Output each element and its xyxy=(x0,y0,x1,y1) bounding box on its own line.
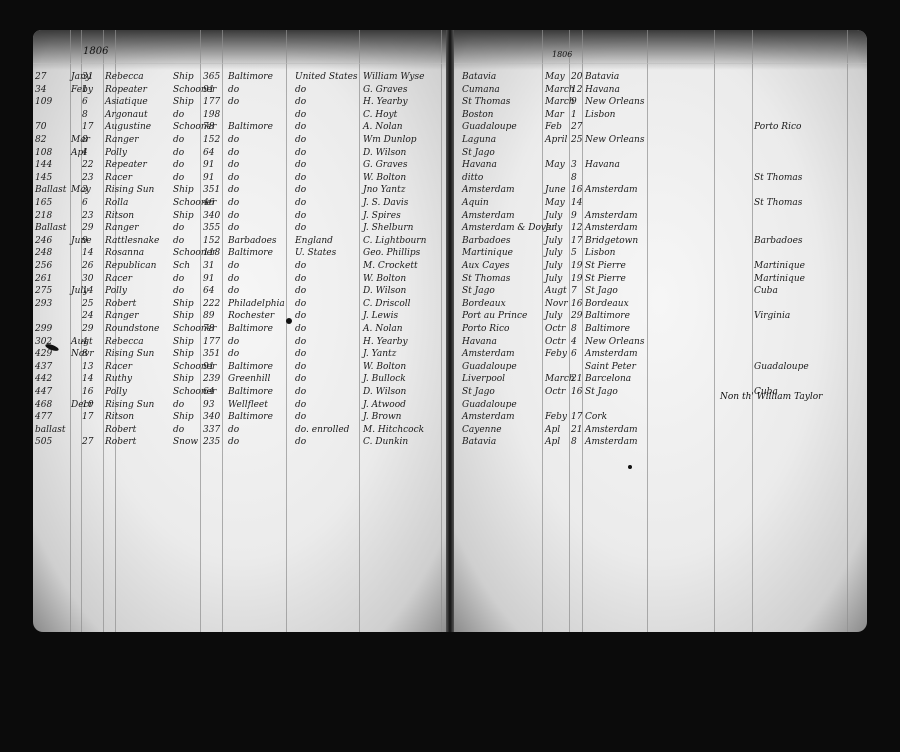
cell-note: Martinique xyxy=(754,261,805,271)
cell-tons: 31 xyxy=(203,261,214,271)
cell-to: Amsterdam xyxy=(585,425,638,435)
cell-vessel: Ranger xyxy=(105,223,139,233)
cell-vessel: Robert xyxy=(105,299,136,309)
cell-no: 82 xyxy=(35,135,46,145)
cell-day: 8 xyxy=(82,349,88,359)
cell-built: do xyxy=(295,185,306,195)
cell-port: do xyxy=(228,337,239,347)
cell-built: do xyxy=(295,412,306,422)
cell-day: 21 xyxy=(571,374,582,384)
cell-day: 8 xyxy=(571,437,577,447)
cell-day: 31 xyxy=(82,72,93,82)
cell-to: Cork xyxy=(585,412,607,422)
cell-built: do xyxy=(295,261,306,271)
cell-to: Lisbon xyxy=(585,110,615,120)
cell-tons: 78 xyxy=(203,122,214,132)
cell-master: A. Nolan xyxy=(363,324,403,334)
cell-built: do xyxy=(295,97,306,107)
cell-tons: 177 xyxy=(203,97,220,107)
ledger-row: 43713RacerSchooner91BaltimoredoW. Bolton xyxy=(33,362,450,373)
cell-built: do xyxy=(295,110,306,120)
cell-port: do xyxy=(228,349,239,359)
cell-port: do xyxy=(228,437,239,447)
cell-day: 17 xyxy=(82,122,93,132)
cell-note: St Thomas xyxy=(754,173,802,183)
cell-tons: 91 xyxy=(203,85,214,95)
cell-month: Octr xyxy=(545,324,565,334)
cell-built: do xyxy=(295,437,306,447)
signature: Non th' William Taylor xyxy=(720,392,822,402)
cell-vessel: Polly xyxy=(105,286,127,296)
cell-from: Aux Cayes xyxy=(462,261,510,271)
cell-rig: Ship xyxy=(173,97,194,107)
cell-port: do xyxy=(228,198,239,208)
cell-vessel: Rising Sun xyxy=(105,400,154,410)
ledger-row: 275July14Pollydo64dodoD. Wilson xyxy=(33,286,450,297)
cell-port: do xyxy=(228,97,239,107)
cell-no: 27 xyxy=(35,72,46,82)
ledger-row: BarbadoesJuly17BridgetownBarbadoes xyxy=(452,236,867,247)
cell-day: 14 xyxy=(82,286,93,296)
cell-no: 256 xyxy=(35,261,52,271)
cell-vessel: Rolla xyxy=(105,198,128,208)
cell-day: 16 xyxy=(571,299,582,309)
cell-vessel: Ruthy xyxy=(105,374,132,384)
cell-no: 165 xyxy=(35,198,52,208)
cell-rig: Ship xyxy=(173,374,194,384)
cell-from: Guadaloupe xyxy=(462,362,517,372)
cell-day: 27 xyxy=(82,437,93,447)
cell-day: 16 xyxy=(82,387,93,397)
cell-port: Baltimore xyxy=(228,324,273,334)
cell-built: do xyxy=(295,160,306,170)
cell-day: 19 xyxy=(571,261,582,271)
cell-day: 23 xyxy=(82,211,93,221)
cell-no: 299 xyxy=(35,324,52,334)
cell-tons: 337 xyxy=(203,425,220,435)
ledger-row: 29325RobertShip222PhiladelphiadoC. Drisc… xyxy=(33,299,450,310)
cell-day: 19 xyxy=(571,274,582,284)
cell-tons: 355 xyxy=(203,223,220,233)
cell-from: Barbadoes xyxy=(462,236,511,246)
ledger-row: ditto8St Thomas xyxy=(452,173,867,184)
cell-port: do xyxy=(228,148,239,158)
cell-built: England xyxy=(295,236,333,246)
cell-port: Philadelphia xyxy=(228,299,285,309)
cell-rig: Sch xyxy=(173,261,190,271)
cell-vessel: Roundstone xyxy=(105,324,159,334)
cell-from: Port au Prince xyxy=(462,311,527,321)
cell-rig: Ship xyxy=(173,211,194,221)
cell-to: New Orleans xyxy=(585,135,644,145)
cell-tons: 365 xyxy=(203,72,220,82)
cell-vessel: Rising Sun xyxy=(105,185,154,195)
cell-month: July xyxy=(545,236,562,246)
cell-master: J. Lewis xyxy=(363,311,398,321)
ledger-row: 26130Racerdo91dodoW. Bolton xyxy=(33,274,450,285)
cell-rig: do xyxy=(173,286,184,296)
cell-day: 29 xyxy=(82,324,93,334)
cell-day: 13 xyxy=(82,362,93,372)
cell-port: Baltimore xyxy=(228,412,273,422)
cell-no: Ballast xyxy=(35,185,66,195)
cell-master: D. Wilson xyxy=(363,148,406,158)
cell-built: do xyxy=(295,299,306,309)
ledger-row: St JagoAugt7St JagoCuba xyxy=(452,286,867,297)
cell-month: Augt xyxy=(545,286,567,296)
cell-tons: 64 xyxy=(203,286,214,296)
scan-shadow xyxy=(452,30,867,70)
cell-tons: 91 xyxy=(203,274,214,284)
ledger-row: 7017AugustineSchooner78BaltimoredoA. Nol… xyxy=(33,122,450,133)
cell-built: do xyxy=(295,337,306,347)
ledger-row: AmsterdamJuly9Amsterdam xyxy=(452,211,867,222)
cell-built: do. enrolled xyxy=(295,425,349,435)
cell-built: do xyxy=(295,286,306,296)
cell-day: 4 xyxy=(82,148,88,158)
cell-port: Rochester xyxy=(228,311,274,321)
header-rule xyxy=(33,63,450,64)
cell-to: Amsterdam xyxy=(585,437,638,447)
ledger-row: HavanaOctr4New Orleans xyxy=(452,337,867,348)
cell-month: Octr xyxy=(545,337,565,347)
cell-port: Barbadoes xyxy=(228,236,277,246)
cell-built: do xyxy=(295,148,306,158)
cell-vessel: Ropeater xyxy=(105,85,147,95)
cell-note: Cuba xyxy=(754,286,778,296)
cell-rig: Ship xyxy=(173,349,194,359)
cell-built: do xyxy=(295,173,306,183)
ledger-row: Aux CayesJuly19St PierreMartinique xyxy=(452,261,867,272)
cell-tons: 64 xyxy=(203,148,214,158)
cell-vessel: Robert xyxy=(105,425,136,435)
cell-to: St Pierre xyxy=(585,261,626,271)
cell-note: St Thomas xyxy=(754,198,802,208)
cell-day: 6 xyxy=(82,97,88,107)
cell-tons: 152 xyxy=(203,236,220,246)
cell-day: 3 xyxy=(571,160,577,170)
cell-note: Barbadoes xyxy=(754,236,803,246)
ledger-row: 1656RollaSchooner46dodoJ. S. Davis xyxy=(33,198,450,209)
cell-vessel: Rebecca xyxy=(105,337,144,347)
cell-day: 27 xyxy=(571,122,582,132)
cell-built: do xyxy=(295,324,306,334)
cell-day: 1 xyxy=(571,110,577,120)
cell-master: G. Graves xyxy=(363,85,407,95)
cell-day: 16 xyxy=(571,387,582,397)
cell-master: J. S. Davis xyxy=(363,198,408,208)
cell-rig: Ship xyxy=(173,311,194,321)
cell-port: do xyxy=(228,185,239,195)
cell-port: Baltimore xyxy=(228,387,273,397)
cell-master: G. Graves xyxy=(363,160,407,170)
cell-to: Barcelona xyxy=(585,374,631,384)
cell-vessel: Ritson xyxy=(105,412,134,422)
ledger-row: 302Augt4RebeccaShip177dodoH. Yearby xyxy=(33,337,450,348)
cell-tons: 46 xyxy=(203,198,214,208)
cell-rig: do xyxy=(173,236,184,246)
cell-built: do xyxy=(295,374,306,384)
cell-day: 12 xyxy=(571,223,582,233)
cell-to: Havana xyxy=(585,160,620,170)
cell-note: Virginia xyxy=(754,311,790,321)
cell-tons: 340 xyxy=(203,412,220,422)
cell-built: United States xyxy=(295,72,358,82)
cell-day: 22 xyxy=(82,160,93,170)
cell-no: 109 xyxy=(35,97,52,107)
cell-vessel: Ritson xyxy=(105,211,134,221)
cell-built: do xyxy=(295,198,306,208)
cell-day: 6 xyxy=(571,349,577,359)
cell-month: Mar xyxy=(545,110,564,120)
cell-master: Jno Yantz xyxy=(363,185,405,195)
cell-master: W. Bolton xyxy=(363,274,406,284)
ledger-row: BallastMay3Rising SunShip351dodoJno Yant… xyxy=(33,185,450,196)
ledger-row: 44214RuthyShip239GreenhilldoJ. Bullock xyxy=(33,374,450,385)
cell-no: 144 xyxy=(35,160,52,170)
cell-month: May xyxy=(545,198,565,208)
cell-rig: Ship xyxy=(173,412,194,422)
cell-no: 246 xyxy=(35,236,52,246)
cell-to: Lisbon xyxy=(585,248,615,258)
cell-day: 8 xyxy=(82,110,88,120)
cell-day: 5 xyxy=(571,248,577,258)
cell-port: do xyxy=(228,85,239,95)
cell-note: Martinique xyxy=(754,274,805,284)
cell-from: Amsterdam xyxy=(462,412,515,422)
ledger-row: 50527RobertSnow235dodoC. Dunkin xyxy=(33,437,450,448)
cell-to: Amsterdam xyxy=(585,223,638,233)
cell-vessel: Robert xyxy=(105,437,136,447)
cell-vessel: Polly xyxy=(105,387,127,397)
ledger-row: 21823RitsonShip340dodoJ. Spires xyxy=(33,211,450,222)
cell-rig: Snow xyxy=(173,437,198,447)
cell-day: 23 xyxy=(82,173,93,183)
cell-day: 16 xyxy=(571,185,582,195)
cell-no: ballast xyxy=(35,425,66,435)
ledger-row: 246June9Rattlesnakedo152BarbadoesEngland… xyxy=(33,236,450,247)
cell-rig: Ship xyxy=(173,299,194,309)
cell-no: Ballast xyxy=(35,223,66,233)
cell-master: C. Driscoll xyxy=(363,299,411,309)
ledger-row: Porto RicoOctr8Baltimore xyxy=(452,324,867,335)
cell-no: 447 xyxy=(35,387,52,397)
cell-day: 26 xyxy=(82,261,93,271)
cell-to: Havana xyxy=(585,85,620,95)
cell-no: 261 xyxy=(35,274,52,284)
cell-port: do xyxy=(228,135,239,145)
cell-day: 9 xyxy=(571,97,577,107)
cell-vessel: Racer xyxy=(105,274,132,284)
cell-month: Feby xyxy=(545,412,567,422)
cell-tons: 235 xyxy=(203,437,220,447)
cell-day: 7 xyxy=(571,286,577,296)
cell-no: 293 xyxy=(35,299,52,309)
ledger-row: St Jago xyxy=(452,148,867,159)
cell-rig: do xyxy=(173,274,184,284)
cell-month: July xyxy=(545,248,562,258)
cell-tons: 351 xyxy=(203,349,220,359)
ledger-row: 429Novr8Rising SunShip351dodoJ. Yantz xyxy=(33,349,450,360)
cell-day: 4 xyxy=(571,337,577,347)
cell-master: W. Bolton xyxy=(363,362,406,372)
cell-day: 14 xyxy=(82,374,93,384)
cell-tons: 198 xyxy=(203,110,220,120)
book-binding xyxy=(446,30,454,632)
header-rule xyxy=(452,63,867,64)
cell-day: 29 xyxy=(571,311,582,321)
ledger-row: 34Feby1RopeaterSchooner91dodoG. Graves xyxy=(33,85,450,96)
ledger-row: BordeauxNovr16Bordeaux xyxy=(452,299,867,310)
cell-note: Guadaloupe xyxy=(754,362,809,372)
cell-master: W. Bolton xyxy=(363,173,406,183)
ledger-row: 24814RosannaSchooner118BaltimoreU. State… xyxy=(33,248,450,259)
cell-month: Novr xyxy=(545,299,568,309)
cell-tons: 118 xyxy=(203,248,220,258)
cell-day: 14 xyxy=(82,248,93,258)
cell-no: 145 xyxy=(35,173,52,183)
cell-month: June xyxy=(545,185,566,195)
cell-month: July xyxy=(545,211,562,221)
cell-from: Liverpool xyxy=(462,374,505,384)
ledger-row: 468Decr10Rising Sundo93WellfleetdoJ. Atw… xyxy=(33,400,450,411)
cell-vessel: Republican xyxy=(105,261,156,271)
cell-to: Bridgetown xyxy=(585,236,638,246)
year-heading: 1806 xyxy=(552,50,572,59)
cell-port: do xyxy=(228,223,239,233)
cell-tons: 89 xyxy=(203,311,214,321)
ledger-left-page: 1806 27Jany31RebeccaShip365BaltimoreUnit… xyxy=(33,30,450,632)
cell-from: St Thomas xyxy=(462,274,510,284)
ledger-row: 14523Racerdo91dodoW. Bolton xyxy=(33,173,450,184)
cell-rig: do xyxy=(173,400,184,410)
cell-tons: 78 xyxy=(203,324,214,334)
cell-rig: Ship xyxy=(173,337,194,347)
cell-to: Baltimore xyxy=(585,311,630,321)
cell-from: Havana xyxy=(462,337,497,347)
cell-from: Amsterdam xyxy=(462,349,515,359)
cell-day: 8 xyxy=(571,173,577,183)
ledger-row: GuadaloupeSaint PeterGuadaloupe xyxy=(452,362,867,373)
ledger-row: MartiniqueJuly5Lisbon xyxy=(452,248,867,259)
cell-month: Apl xyxy=(545,425,560,435)
ledger-row: 82Mar8Rangerdo152dodoWm Dunlop xyxy=(33,135,450,146)
cell-rig: do xyxy=(173,135,184,145)
ledger-row: 25626RepublicanSch31dodoM. Crockett xyxy=(33,261,450,272)
cell-from: Bordeaux xyxy=(462,299,506,309)
cell-master: William Wyse xyxy=(363,72,424,82)
cell-rig: do xyxy=(173,173,184,183)
cell-rig: Ship xyxy=(173,185,194,195)
cell-built: do xyxy=(295,349,306,359)
cell-from: Laguna xyxy=(462,135,496,145)
cell-from: Boston xyxy=(462,110,493,120)
cell-from: Aquin xyxy=(462,198,489,208)
cell-month: April xyxy=(545,135,567,145)
cell-rig: do xyxy=(173,148,184,158)
ledger-row: AmsterdamJune16Amsterdam xyxy=(452,185,867,196)
cell-to: Amsterdam xyxy=(585,211,638,221)
cell-port: Baltimore xyxy=(228,72,273,82)
cell-master: C. Lightbourn xyxy=(363,236,426,246)
cell-day: 12 xyxy=(571,85,582,95)
cell-master: M. Hitchcock xyxy=(363,425,424,435)
ledger-row: BostonMar1Lisbon xyxy=(452,110,867,121)
cell-from: Batavia xyxy=(462,72,496,82)
cell-built: do xyxy=(295,211,306,221)
cell-month: July xyxy=(545,261,562,271)
ledger-row: St ThomasMarch9New Orleans xyxy=(452,97,867,108)
ledger-row: AquinMay14St Thomas xyxy=(452,198,867,209)
cell-month: Feb xyxy=(545,122,562,132)
ledger-row: Ballast29Rangerdo355dodoJ. Shelburn xyxy=(33,223,450,234)
cell-vessel: Repeater xyxy=(105,160,147,170)
cell-from: Cumana xyxy=(462,85,500,95)
cell-built: do xyxy=(295,274,306,284)
cell-to: Baltimore xyxy=(585,324,630,334)
cell-port: do xyxy=(228,286,239,296)
cell-port: Baltimore xyxy=(228,362,273,372)
cell-day: 4 xyxy=(82,337,88,347)
cell-to: St Pierre xyxy=(585,274,626,284)
cell-master: A. Nolan xyxy=(363,122,403,132)
cell-port: do xyxy=(228,274,239,284)
ink-spot xyxy=(628,465,632,469)
cell-from: St Jago xyxy=(462,148,495,158)
cell-no: 429 xyxy=(35,349,52,359)
cell-day: 25 xyxy=(82,299,93,309)
cell-vessel: Rising Sun xyxy=(105,349,154,359)
cell-to: Amsterdam xyxy=(585,185,638,195)
cell-built: do xyxy=(295,85,306,95)
cell-month: Apl xyxy=(545,437,560,447)
cell-to: St Jago xyxy=(585,387,618,397)
cell-no: 108 xyxy=(35,148,52,158)
cell-from: Porto Rico xyxy=(462,324,509,334)
cell-rig: do xyxy=(173,160,184,170)
ledger-row: GuadaloupeFeb27Porto Rico xyxy=(452,122,867,133)
cell-from: Cayenne xyxy=(462,425,502,435)
cell-no: 468 xyxy=(35,400,52,410)
cell-vessel: Ranger xyxy=(105,135,139,145)
cell-built: U. States xyxy=(295,248,336,258)
cell-day: 17 xyxy=(571,412,582,422)
cell-to: New Orleans xyxy=(585,337,644,347)
cell-rig: Ship xyxy=(173,72,194,82)
cell-port: Baltimore xyxy=(228,122,273,132)
cell-master: J. Atwood xyxy=(363,400,406,410)
cell-month: May xyxy=(545,160,565,170)
cell-tons: 177 xyxy=(203,337,220,347)
cell-built: do xyxy=(295,311,306,321)
cell-port: Baltimore xyxy=(228,248,273,258)
cell-from: Martinique xyxy=(462,248,513,258)
cell-day: 3 xyxy=(82,185,88,195)
cell-from: Guadaloupe xyxy=(462,122,517,132)
cell-port: Wellfleet xyxy=(228,400,268,410)
cell-vessel: Argonaut xyxy=(105,110,148,120)
cell-from: Amsterdam xyxy=(462,185,515,195)
cell-port: do xyxy=(228,173,239,183)
cell-day: 6 xyxy=(82,198,88,208)
cell-day: 9 xyxy=(82,236,88,246)
cell-to: New Orleans xyxy=(585,97,644,107)
cell-built: do xyxy=(295,135,306,145)
cell-tons: 91 xyxy=(203,160,214,170)
cell-no: 248 xyxy=(35,248,52,258)
cell-day: 17 xyxy=(571,236,582,246)
ledger-row: CayenneApl21Amsterdam xyxy=(452,425,867,436)
